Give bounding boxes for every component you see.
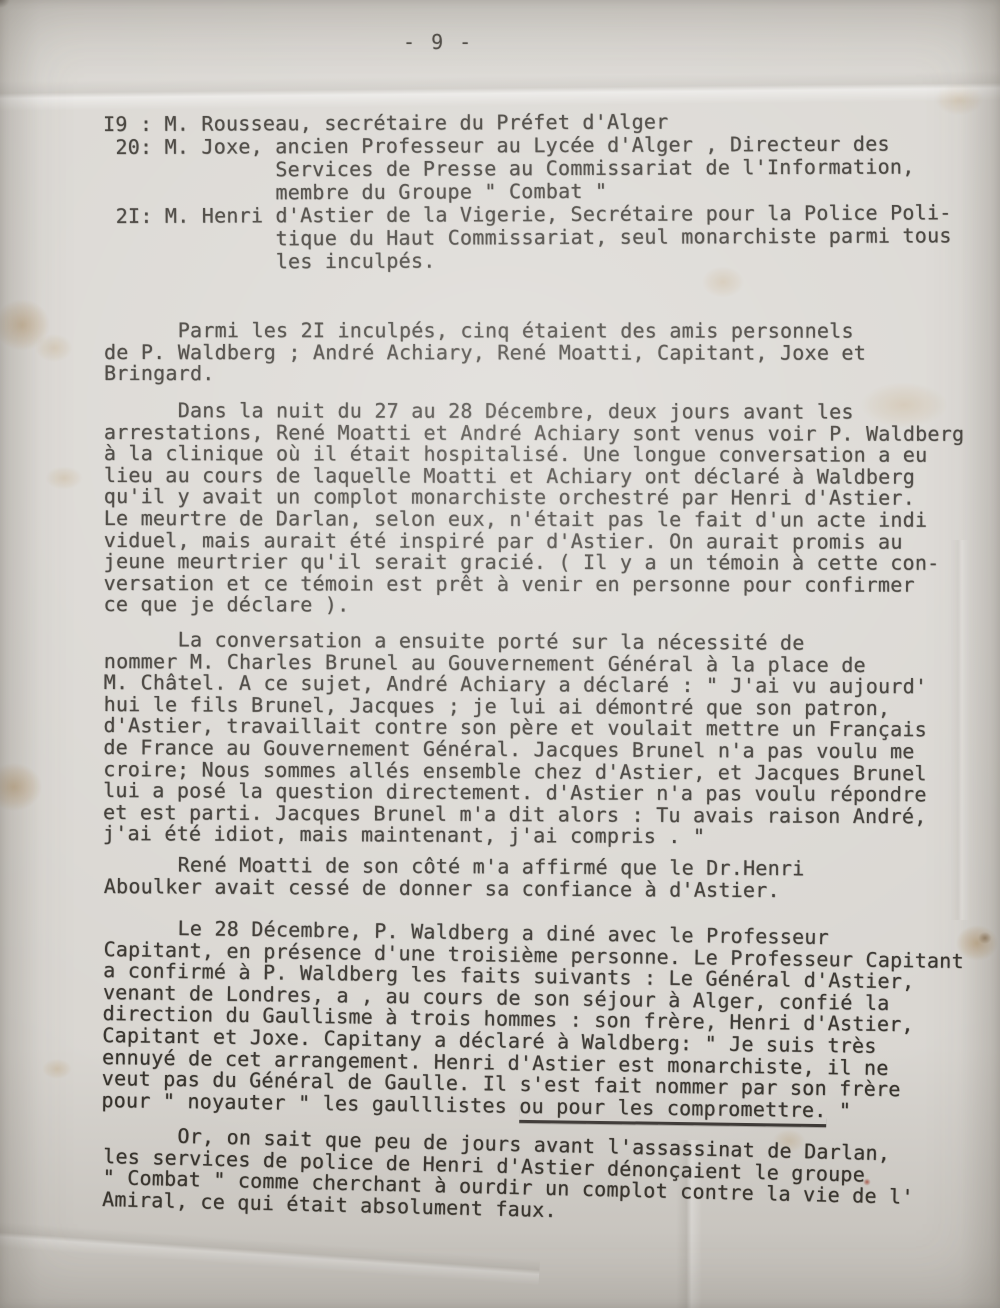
stain (40, 463, 88, 493)
stain (0, 756, 50, 818)
text-line: les inculpés. (104, 247, 952, 274)
text-line: de P. Waldberg ; André Achiary, René Moa… (104, 342, 866, 364)
page-number: - 9 - (403, 30, 473, 54)
paper-crease (0, 1220, 540, 1285)
text-line: tique du Haut Commissariat, seul monarch… (104, 224, 952, 251)
text-line: Services de Presse au Commissariat de l'… (103, 155, 951, 182)
corner-blemish (0, 0, 19, 16)
text-line: Parmi les 2I inculpés, cinq étaient des … (104, 320, 866, 342)
stain (30, 330, 78, 366)
paragraph-amis-personnels: Parmi les 2I inculpés, cinq étaient des … (104, 320, 866, 385)
paragraph-nuit-27-28: Dans la nuit du 27 au 28 Décembre, deux … (104, 400, 965, 618)
defendant-list: I9 : M. Rousseau, secrétaire du Préfet d… (103, 109, 952, 274)
paragraph-groupe-combat: Or, on sait que peu de jours avant l'ass… (102, 1124, 915, 1230)
paper-crease (0, 71, 1000, 111)
text-line: Bringard. (104, 363, 866, 385)
text-line: Aboulker avait cessé de donner sa confia… (104, 876, 805, 902)
underlined-text: ou pour les compromettre. (519, 1094, 827, 1127)
stain (976, 930, 994, 946)
stain (38, 1056, 76, 1082)
paragraph-diner-28: Le 28 Décembre, P. Waldberg a diné avec … (101, 917, 964, 1123)
paragraph-moatti-aboulker: René Moatti de son côté m'a affirmé que … (104, 854, 805, 901)
scanned-document-page: - 9 - I9 : M. Rousseau, secrétaire du Pr… (0, 0, 1000, 1308)
text-line: ce que je déclare ). (104, 594, 964, 617)
paragraph-conversation-brunel: La conversation a ensuite porté sur la n… (103, 629, 928, 849)
stain (0, 292, 58, 358)
